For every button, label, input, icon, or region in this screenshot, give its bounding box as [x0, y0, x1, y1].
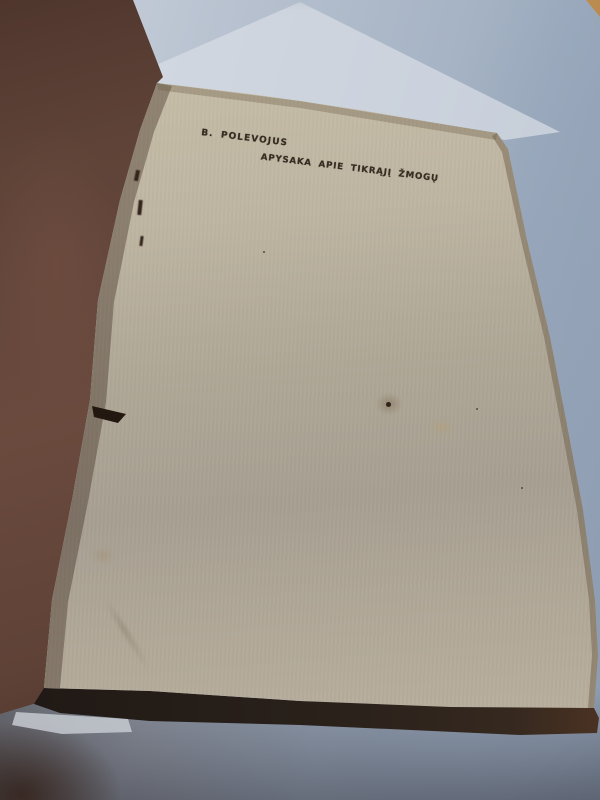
page-speck [476, 408, 478, 410]
page-speck [386, 402, 391, 407]
book-photo: B. POLEVOJUS APYSAKA APIE TIKRĄJĮ ŽMOGŲ [0, 0, 600, 800]
page-speck [521, 487, 523, 489]
page-speck [263, 251, 265, 253]
page-stain [92, 548, 114, 563]
corner-shadow [0, 722, 120, 800]
